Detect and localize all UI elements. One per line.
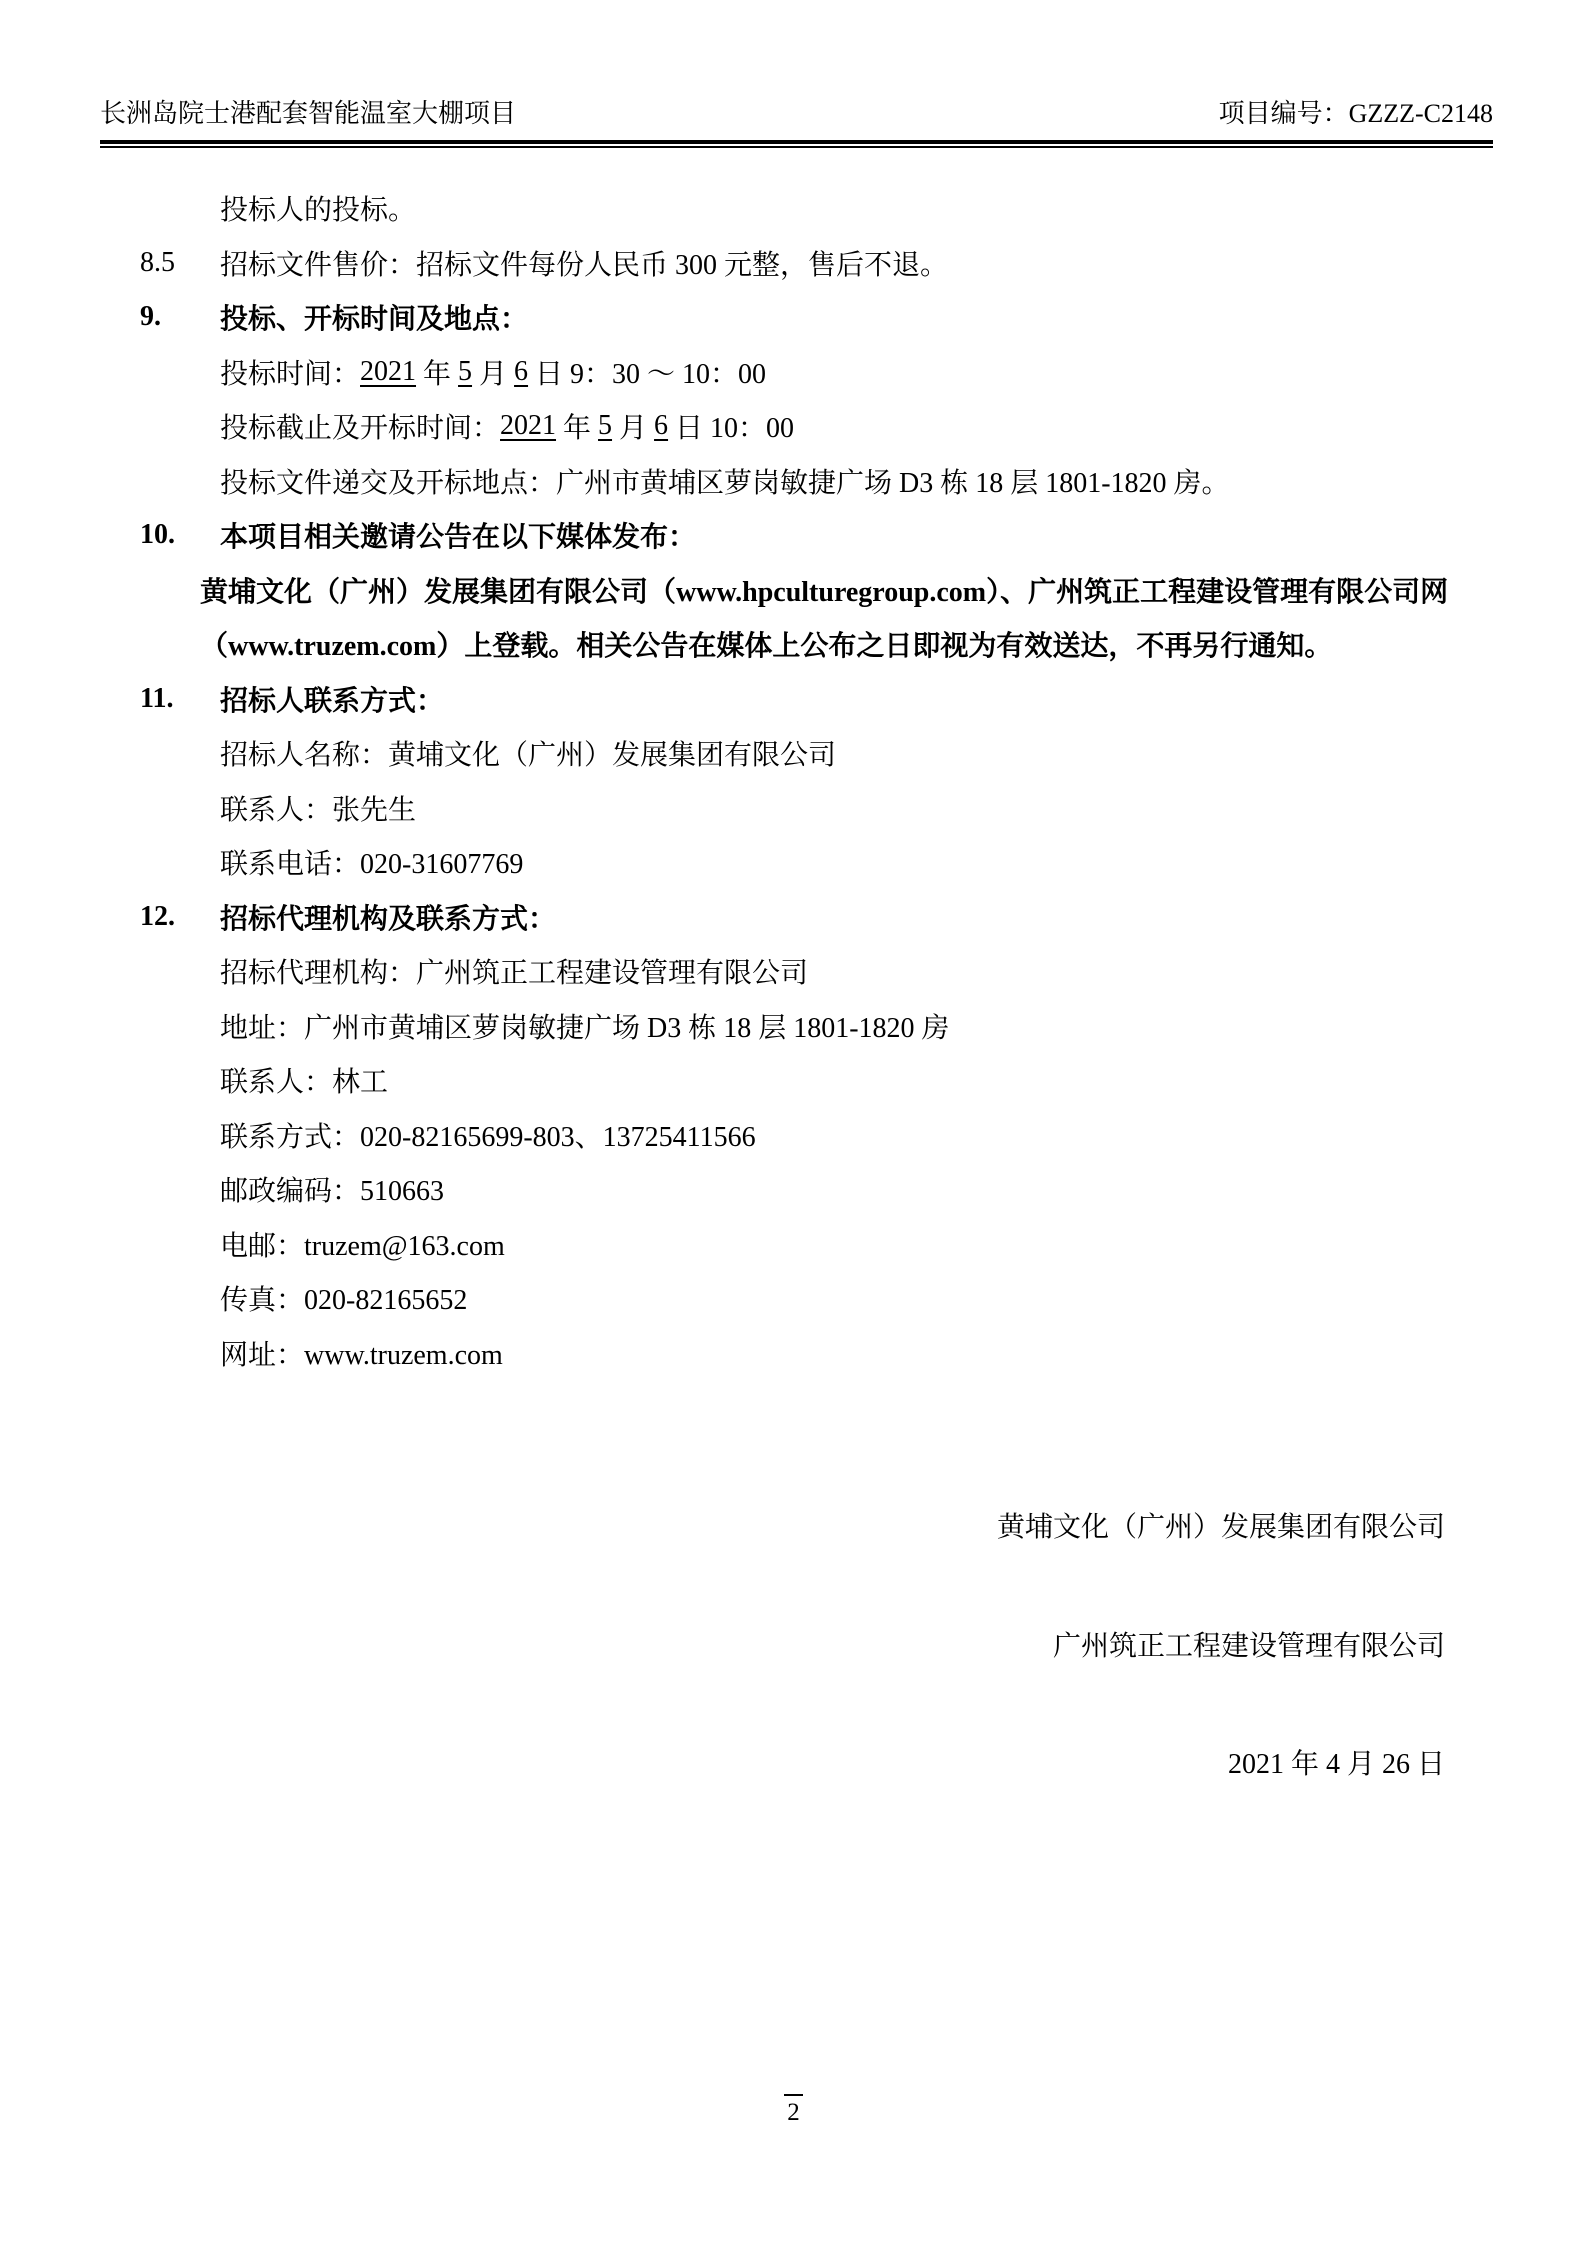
- deadline-month: 5: [598, 410, 612, 442]
- bid-time-year: 2021: [360, 356, 416, 388]
- bid-time-line: 投标时间： 2021 年 5 月 6 日 9：30 ～ 10：00: [100, 345, 1493, 400]
- media-paragraph-line-2: （www.truzem.com）上登载。相关公告在媒体上公布之日即视为有效送达，…: [100, 617, 1493, 672]
- clause-11-heading: 11. 招标人联系方式：: [100, 672, 1493, 727]
- deadline-time-value: 日 10：00: [668, 406, 794, 446]
- bid-time-day: 6: [514, 356, 528, 388]
- bid-time-label: 投标时间：: [220, 352, 360, 392]
- bid-time-month-unit: 月: [472, 352, 514, 392]
- bid-time-range: 日 9：30 ～ 10：00: [528, 352, 766, 392]
- clause-11-number: 11.: [140, 683, 220, 715]
- signature-block: 黄埔文化（广州）发展集团有限公司 广州筑正工程建设管理有限公司 2021 年 4…: [997, 1434, 1445, 1854]
- deadline-year: 2021: [500, 410, 556, 442]
- header-rule-thin-line: [100, 146, 1493, 148]
- bid-time-year-unit: 年: [416, 352, 458, 392]
- clause-10-number: 10.: [140, 519, 220, 551]
- clause-8-5: 8.5 招标文件售价：招标文件每份人民币 300 元整，售后不退。: [100, 236, 1493, 291]
- agency-phone-line: 联系方式：020-82165699-803、13725411566: [100, 1108, 1493, 1163]
- agency-email-line: 电邮：truzem@163.com: [100, 1217, 1493, 1272]
- header-project-number: 项目编号：GZZZ-C2148: [1219, 98, 1493, 130]
- clause-12-heading: 12. 招标代理机构及联系方式：: [100, 890, 1493, 945]
- agency-contact-line: 联系人：林工: [100, 1053, 1493, 1108]
- clause-9-number: 9.: [140, 301, 220, 333]
- header-rule-thick-line: [100, 140, 1493, 144]
- deadline-day: 6: [654, 410, 668, 442]
- deadline-label: 投标截止及开标时间：: [220, 406, 500, 446]
- clause-11-title: 招标人联系方式：: [220, 679, 444, 719]
- document-body: 投标人的投标。 8.5 招标文件售价：招标文件每份人民币 300 元整，售后不退…: [100, 181, 1493, 1380]
- header-project-name: 长洲岛院士港配套智能温室大棚项目: [100, 98, 516, 130]
- tenderer-contact-line: 联系人：张先生: [100, 781, 1493, 836]
- tenderer-name-line: 招标人名称：黄埔文化（广州）发展集团有限公司: [100, 726, 1493, 781]
- deadline-time-line: 投标截止及开标时间： 2021 年 5 月 6 日 10：00: [100, 399, 1493, 454]
- header-rule: [100, 140, 1493, 148]
- agency-address-line: 地址：广州市黄埔区萝岗敏捷广场 D3 栋 18 层 1801-1820 房: [100, 999, 1493, 1054]
- clause-12-number: 12.: [140, 901, 220, 933]
- media-paragraph-line-1: 黄埔文化（广州）发展集团有限公司（www.hpculturegroup.com）…: [100, 563, 1493, 618]
- page-footer: 2: [0, 2094, 1587, 2130]
- agency-website-line: 网址：www.truzem.com: [100, 1326, 1493, 1381]
- clause-9-heading: 9. 投标、开标时间及地点：: [100, 290, 1493, 345]
- agency-fax-line: 传真：020-82165652: [100, 1271, 1493, 1326]
- clause-8-5-text: 招标文件售价：招标文件每份人民币 300 元整，售后不退。: [220, 243, 948, 283]
- agency-postcode-line: 邮政编码：510663: [100, 1162, 1493, 1217]
- clause-10-title: 本项目相关邀请公告在以下媒体发布：: [220, 515, 696, 555]
- signature-company-2: 广州筑正工程建设管理有限公司: [997, 1617, 1445, 1672]
- deadline-month-unit: 月: [612, 406, 654, 446]
- document-page: 长洲岛院士港配套智能温室大棚项目 项目编号：GZZZ-C2148 投标人的投标。…: [0, 0, 1587, 2245]
- venue-line: 投标文件递交及开标地点：广州市黄埔区萝岗敏捷广场 D3 栋 18 层 1801-…: [100, 454, 1493, 509]
- page-header: 长洲岛院士港配套智能温室大棚项目 项目编号：GZZZ-C2148: [100, 98, 1493, 130]
- bid-time-month: 5: [458, 356, 472, 388]
- clause-8-5-number: 8.5: [140, 247, 220, 279]
- signature-company-1: 黄埔文化（广州）发展集团有限公司: [997, 1498, 1445, 1553]
- clause-10-heading: 10. 本项目相关邀请公告在以下媒体发布：: [100, 508, 1493, 563]
- clause-9-title: 投标、开标时间及地点：: [220, 297, 528, 337]
- page-number: 2: [784, 2094, 803, 2130]
- agency-name-line: 招标代理机构：广州筑正工程建设管理有限公司: [100, 944, 1493, 999]
- carryover-text: 投标人的投标。: [100, 181, 1493, 236]
- clause-12-title: 招标代理机构及联系方式：: [220, 897, 556, 937]
- deadline-year-unit: 年: [556, 406, 598, 446]
- tenderer-phone-line: 联系电话：020-31607769: [100, 835, 1493, 890]
- signature-date: 2021 年 4 月 26 日: [997, 1735, 1445, 1790]
